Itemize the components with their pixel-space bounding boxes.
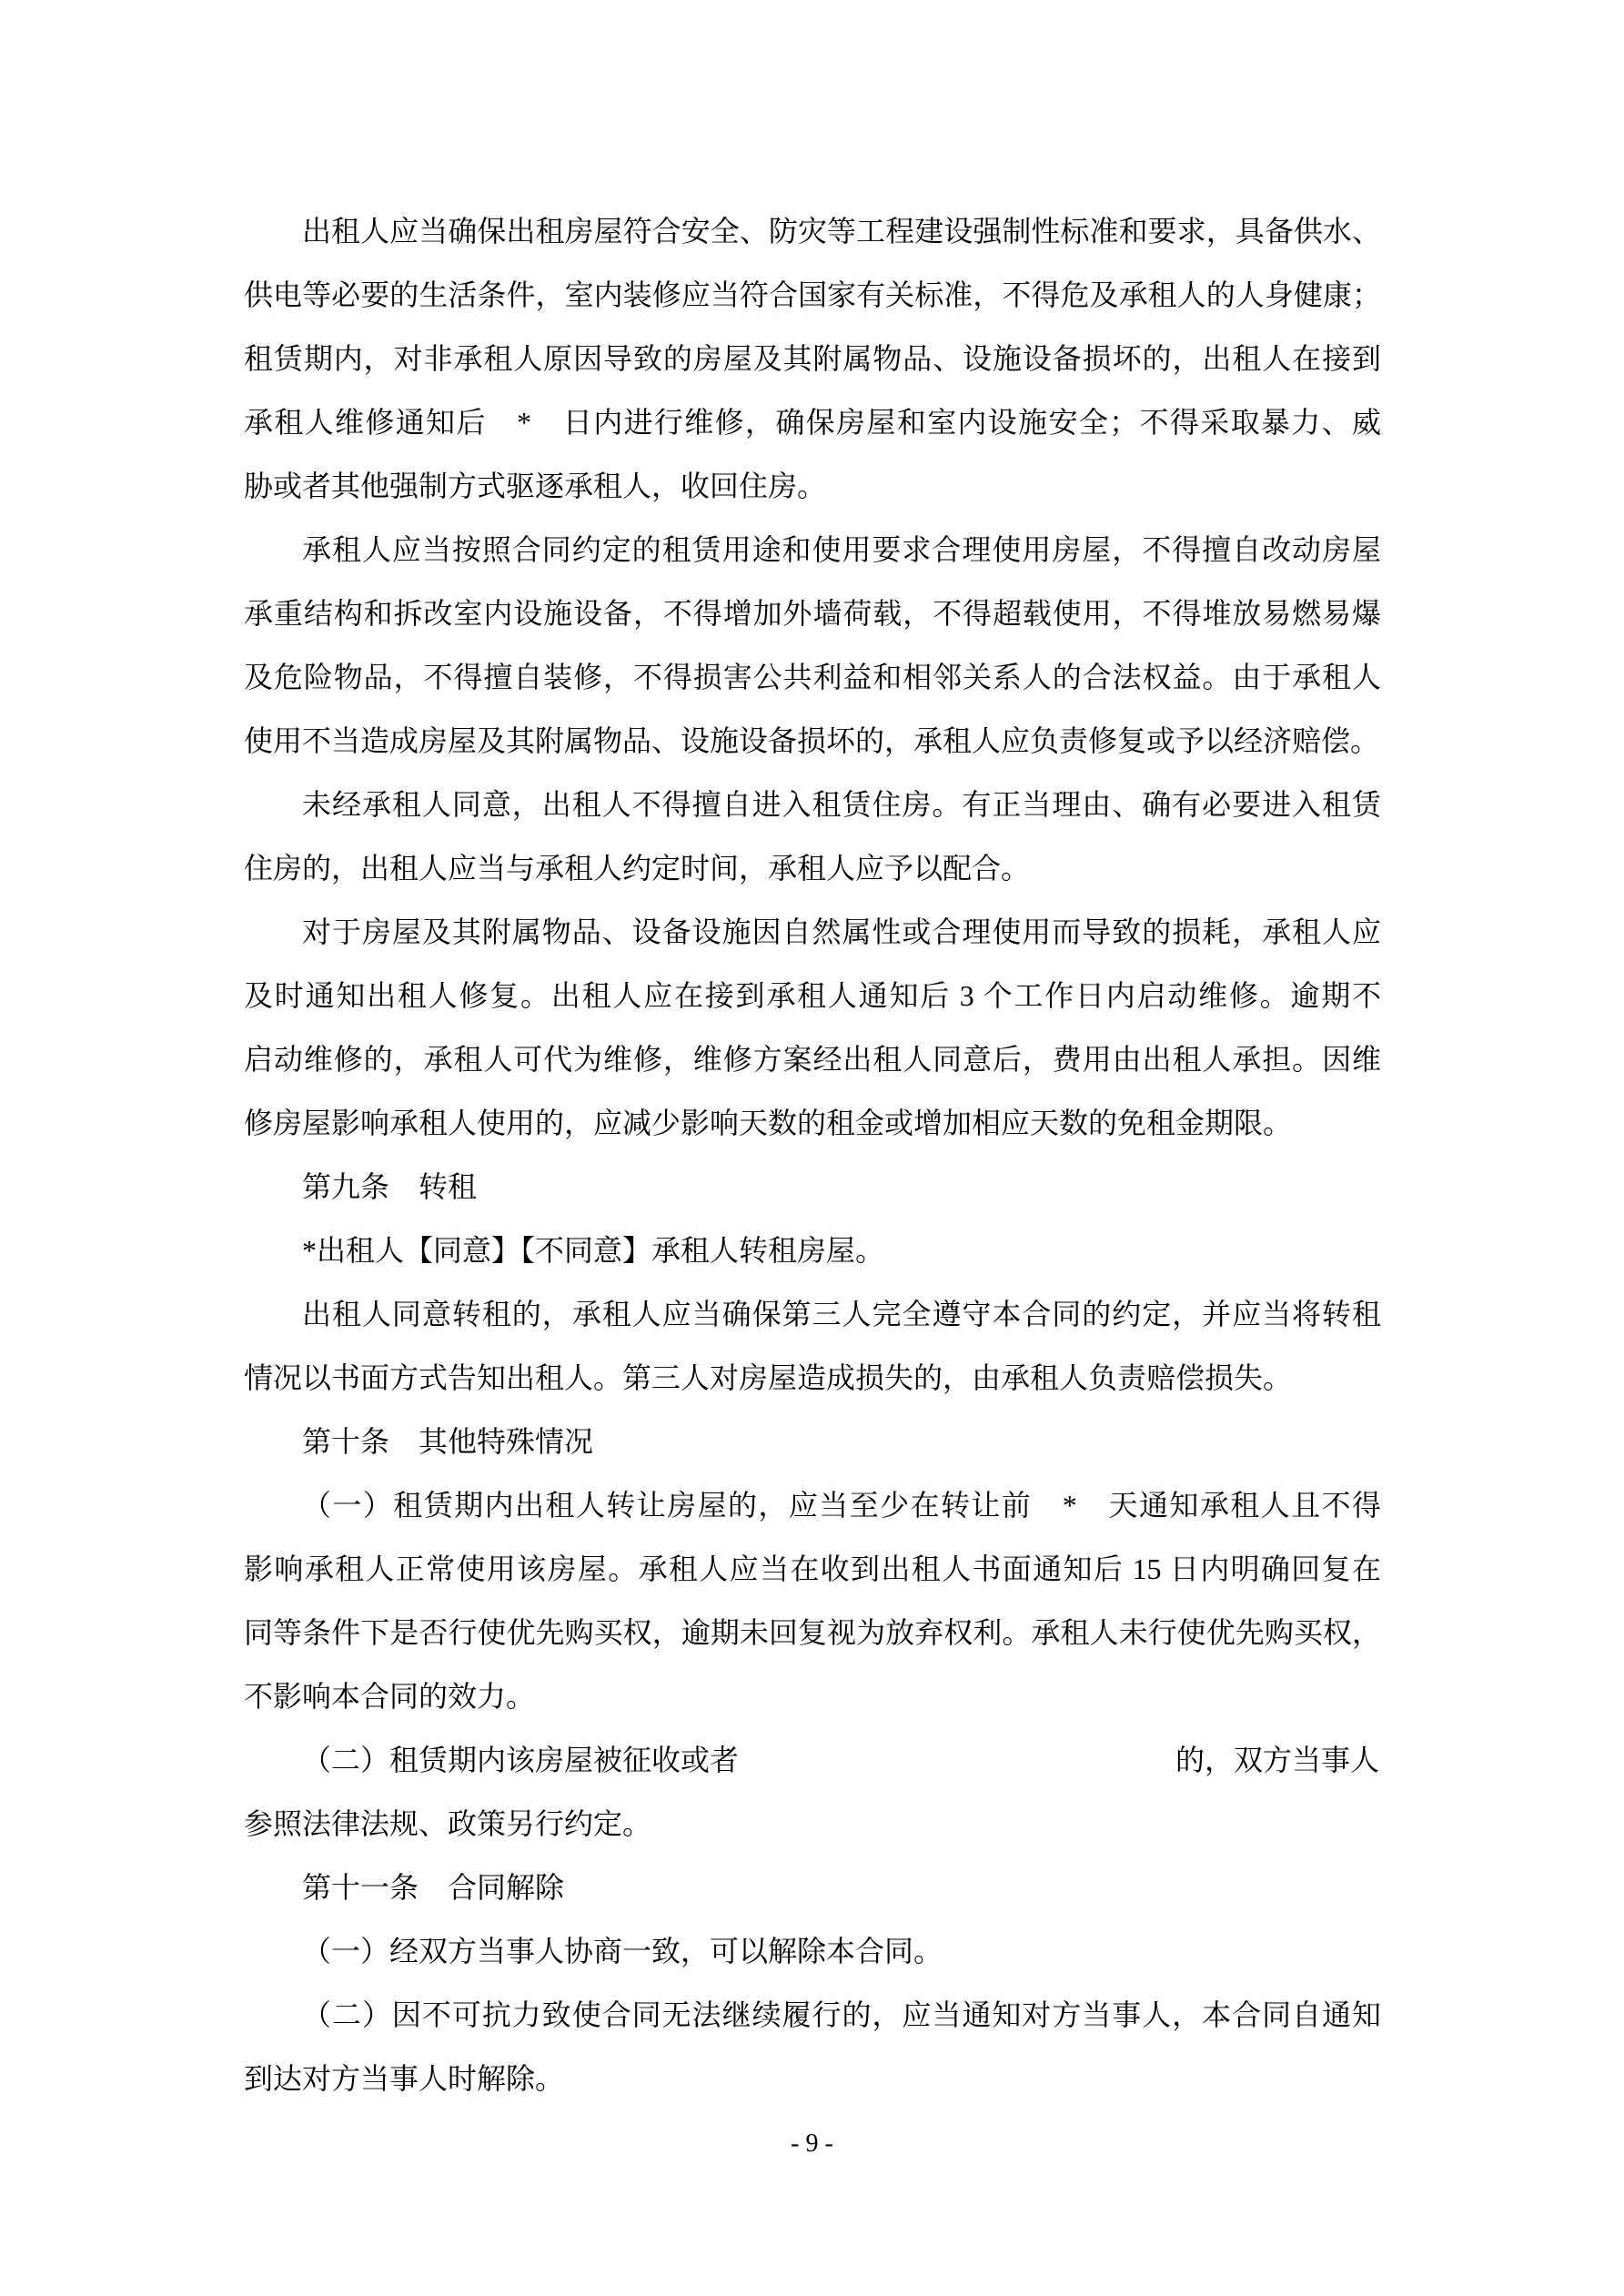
text-line: 第十条 其他特殊情况 bbox=[244, 1410, 1381, 1473]
text-line: 同等条件下是否行使优先购买权，逾期未回复视为放弃权利。承租人未行使优先购买权， bbox=[244, 1601, 1381, 1664]
text-line: 第十一条 合同解除 bbox=[244, 1856, 1381, 1919]
text-line: 出租人应当确保出租房屋符合安全、防灾等工程建设强制性标准和要求，具备供水、 bbox=[244, 199, 1381, 263]
contract-paragraph: 未经承租人同意，出租人不得擅自进入租赁住房。有正当理由、确有必要进入租赁住房的，… bbox=[244, 773, 1381, 900]
text-line: 胁或者其他强制方式驱逐承租人，收回住房。 bbox=[244, 454, 1381, 518]
contract-paragraph: 对于房屋及其附属物品、设备设施因自然属性或合理使用而导致的损耗，承租人应及时通知… bbox=[244, 900, 1381, 1155]
contract-paragraph: （一）经双方当事人协商一致，可以解除本合同。 bbox=[244, 1919, 1381, 1983]
contract-paragraph: 承租人应当按照合同约定的租赁用途和使用要求合理使用房屋，不得擅自改动房屋承重结构… bbox=[244, 518, 1381, 773]
text-line: 承重结构和拆改室内设施设备，不得增加外墙荷载，不得超载使用，不得堆放易燃易爆 bbox=[244, 582, 1381, 645]
contract-paragraph: *出租人【同意】【不同意】承租人转租房屋。 bbox=[244, 1219, 1381, 1282]
text-line: 启动维修的，承租人可代为维修，维修方案经出租人同意后，费用由出租人承担。因维 bbox=[244, 1027, 1381, 1091]
contract-paragraph: （二）因不可抗力致使合同无法继续履行的，应当通知对方当事人，本合同自通知到达对方… bbox=[244, 1983, 1381, 2110]
text-line: （一）经双方当事人协商一致，可以解除本合同。 bbox=[244, 1919, 1381, 1983]
document-page: 出租人应当确保出租房屋符合安全、防灾等工程建设强制性标准和要求，具备供水、供电等… bbox=[0, 0, 1624, 2296]
text-line: 修房屋影响承租人使用的，应减少影响天数的租金或增加相应天数的免租金期限。 bbox=[244, 1091, 1381, 1155]
article-heading: 第九条 转租 bbox=[244, 1155, 1381, 1219]
text-line: （二）因不可抗力致使合同无法继续履行的，应当通知对方当事人，本合同自通知 bbox=[244, 1983, 1381, 2047]
text-line: 承租人应当按照合同约定的租赁用途和使用要求合理使用房屋，不得擅自改动房屋 bbox=[244, 518, 1381, 582]
text-line: 第九条 转租 bbox=[244, 1155, 1381, 1219]
text-line: 参照法律法规、政策另行约定。 bbox=[244, 1792, 1381, 1856]
text-line: 影响承租人正常使用该房屋。承租人应当在收到出租人书面通知后 15 日内明确回复在 bbox=[244, 1537, 1381, 1601]
text-line: （二）租赁期内该房屋被征收或者 的，双方当事人 bbox=[244, 1728, 1381, 1792]
text-line: 供电等必要的生活条件，室内装修应当符合国家有关标准，不得危及承租人的人身健康； bbox=[244, 263, 1381, 327]
contract-paragraph: （一）租赁期内出租人转让房屋的，应当至少在转让前 * 天通知承租人且不得影响承租… bbox=[244, 1473, 1381, 1728]
page-number: - 9 - bbox=[0, 2126, 1624, 2162]
text-line: 情况以书面方式告知出租人。第三人对房屋造成损失的，由承租人负责赔偿损失。 bbox=[244, 1346, 1381, 1410]
contract-text-body: 出租人应当确保出租房屋符合安全、防灾等工程建设强制性标准和要求，具备供水、供电等… bbox=[244, 199, 1381, 2110]
text-line: 到达对方当事人时解除。 bbox=[244, 2047, 1381, 2110]
article-heading: 第十条 其他特殊情况 bbox=[244, 1410, 1381, 1473]
text-line: 不影响本合同的效力。 bbox=[244, 1664, 1381, 1728]
text-line: 未经承租人同意，出租人不得擅自进入租赁住房。有正当理由、确有必要进入租赁 bbox=[244, 773, 1381, 836]
text-line: 及时通知出租人修复。出租人应在接到承租人通知后 3 个工作日内启动维修。逾期不 bbox=[244, 964, 1381, 1027]
contract-paragraph: 出租人同意转租的，承租人应当确保第三人完全遵守本合同的约定，并应当将转租情况以书… bbox=[244, 1282, 1381, 1410]
text-line: 对于房屋及其附属物品、设备设施因自然属性或合理使用而导致的损耗，承租人应 bbox=[244, 900, 1381, 964]
text-line: *出租人【同意】【不同意】承租人转租房屋。 bbox=[244, 1219, 1381, 1282]
text-line: 租赁期内，对非承租人原因导致的房屋及其附属物品、设施设备损坏的，出租人在接到 bbox=[244, 327, 1381, 390]
contract-paragraph: （二）租赁期内该房屋被征收或者 的，双方当事人参照法律法规、政策另行约定。 bbox=[244, 1728, 1381, 1856]
text-line: 出租人同意转租的，承租人应当确保第三人完全遵守本合同的约定，并应当将转租 bbox=[244, 1282, 1381, 1346]
contract-paragraph: 出租人应当确保出租房屋符合安全、防灾等工程建设强制性标准和要求，具备供水、供电等… bbox=[244, 199, 1381, 518]
text-line: 及危险物品，不得擅自装修，不得损害公共利益和相邻关系人的合法权益。由于承租人 bbox=[244, 645, 1381, 709]
article-heading: 第十一条 合同解除 bbox=[244, 1856, 1381, 1919]
text-line: 使用不当造成房屋及其附属物品、设施设备损坏的，承租人应负责修复或予以经济赔偿。 bbox=[244, 709, 1381, 773]
text-line: （一）租赁期内出租人转让房屋的，应当至少在转让前 * 天通知承租人且不得 bbox=[244, 1473, 1381, 1537]
text-line: 承租人维修通知后 * 日内进行维修，确保房屋和室内设施安全；不得采取暴力、威 bbox=[244, 390, 1381, 454]
text-line: 住房的，出租人应当与承租人约定时间，承租人应予以配合。 bbox=[244, 836, 1381, 900]
